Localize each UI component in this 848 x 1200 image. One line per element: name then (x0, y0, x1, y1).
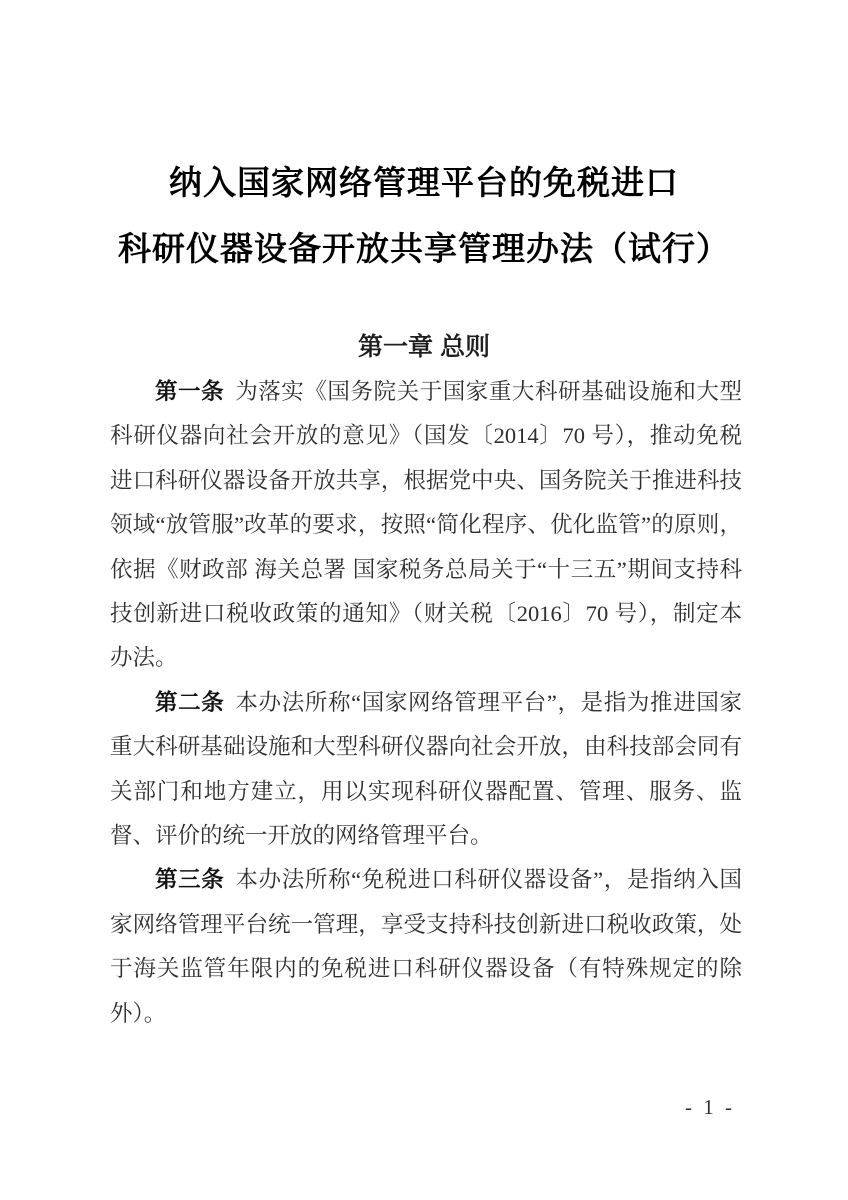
article-paragraph-2: 第二条本办法所称“国家网络管理平台”，是指为推进国家重大科研基础设施和大型科研仪… (110, 681, 742, 859)
document-title-line-2: 科研仪器设备开放共享管理办法（试行） (0, 216, 848, 282)
document-page: 纳入国家网络管理平台的免税进口 科研仪器设备开放共享管理办法（试行） 第一章 总… (0, 0, 848, 1200)
article-1-label: 第一条 (155, 379, 224, 404)
article-3-label: 第三条 (155, 867, 224, 892)
page-number: - 1 - (0, 1095, 735, 1120)
article-2-label: 第二条 (155, 690, 224, 715)
article-1-text: 为落实《国务院关于国家重大科研基础设施和大型科研仪器向社会开放的意见》（国发〔2… (110, 379, 742, 670)
article-paragraph-1: 第一条为落实《国务院关于国家重大科研基础设施和大型科研仪器向社会开放的意见》（国… (110, 370, 742, 681)
document-body: 第一条为落实《国务院关于国家重大科研基础设施和大型科研仪器向社会开放的意见》（国… (110, 370, 742, 1036)
chapter-heading: 第一章 总则 (0, 331, 848, 363)
document-title-line-1: 纳入国家网络管理平台的免税进口 (0, 150, 848, 216)
document-title: 纳入国家网络管理平台的免税进口 科研仪器设备开放共享管理办法（试行） (0, 150, 848, 282)
article-paragraph-3: 第三条本办法所称“免税进口科研仪器设备”，是指纳入国家网络管理平台统一管理，享受… (110, 858, 742, 1036)
